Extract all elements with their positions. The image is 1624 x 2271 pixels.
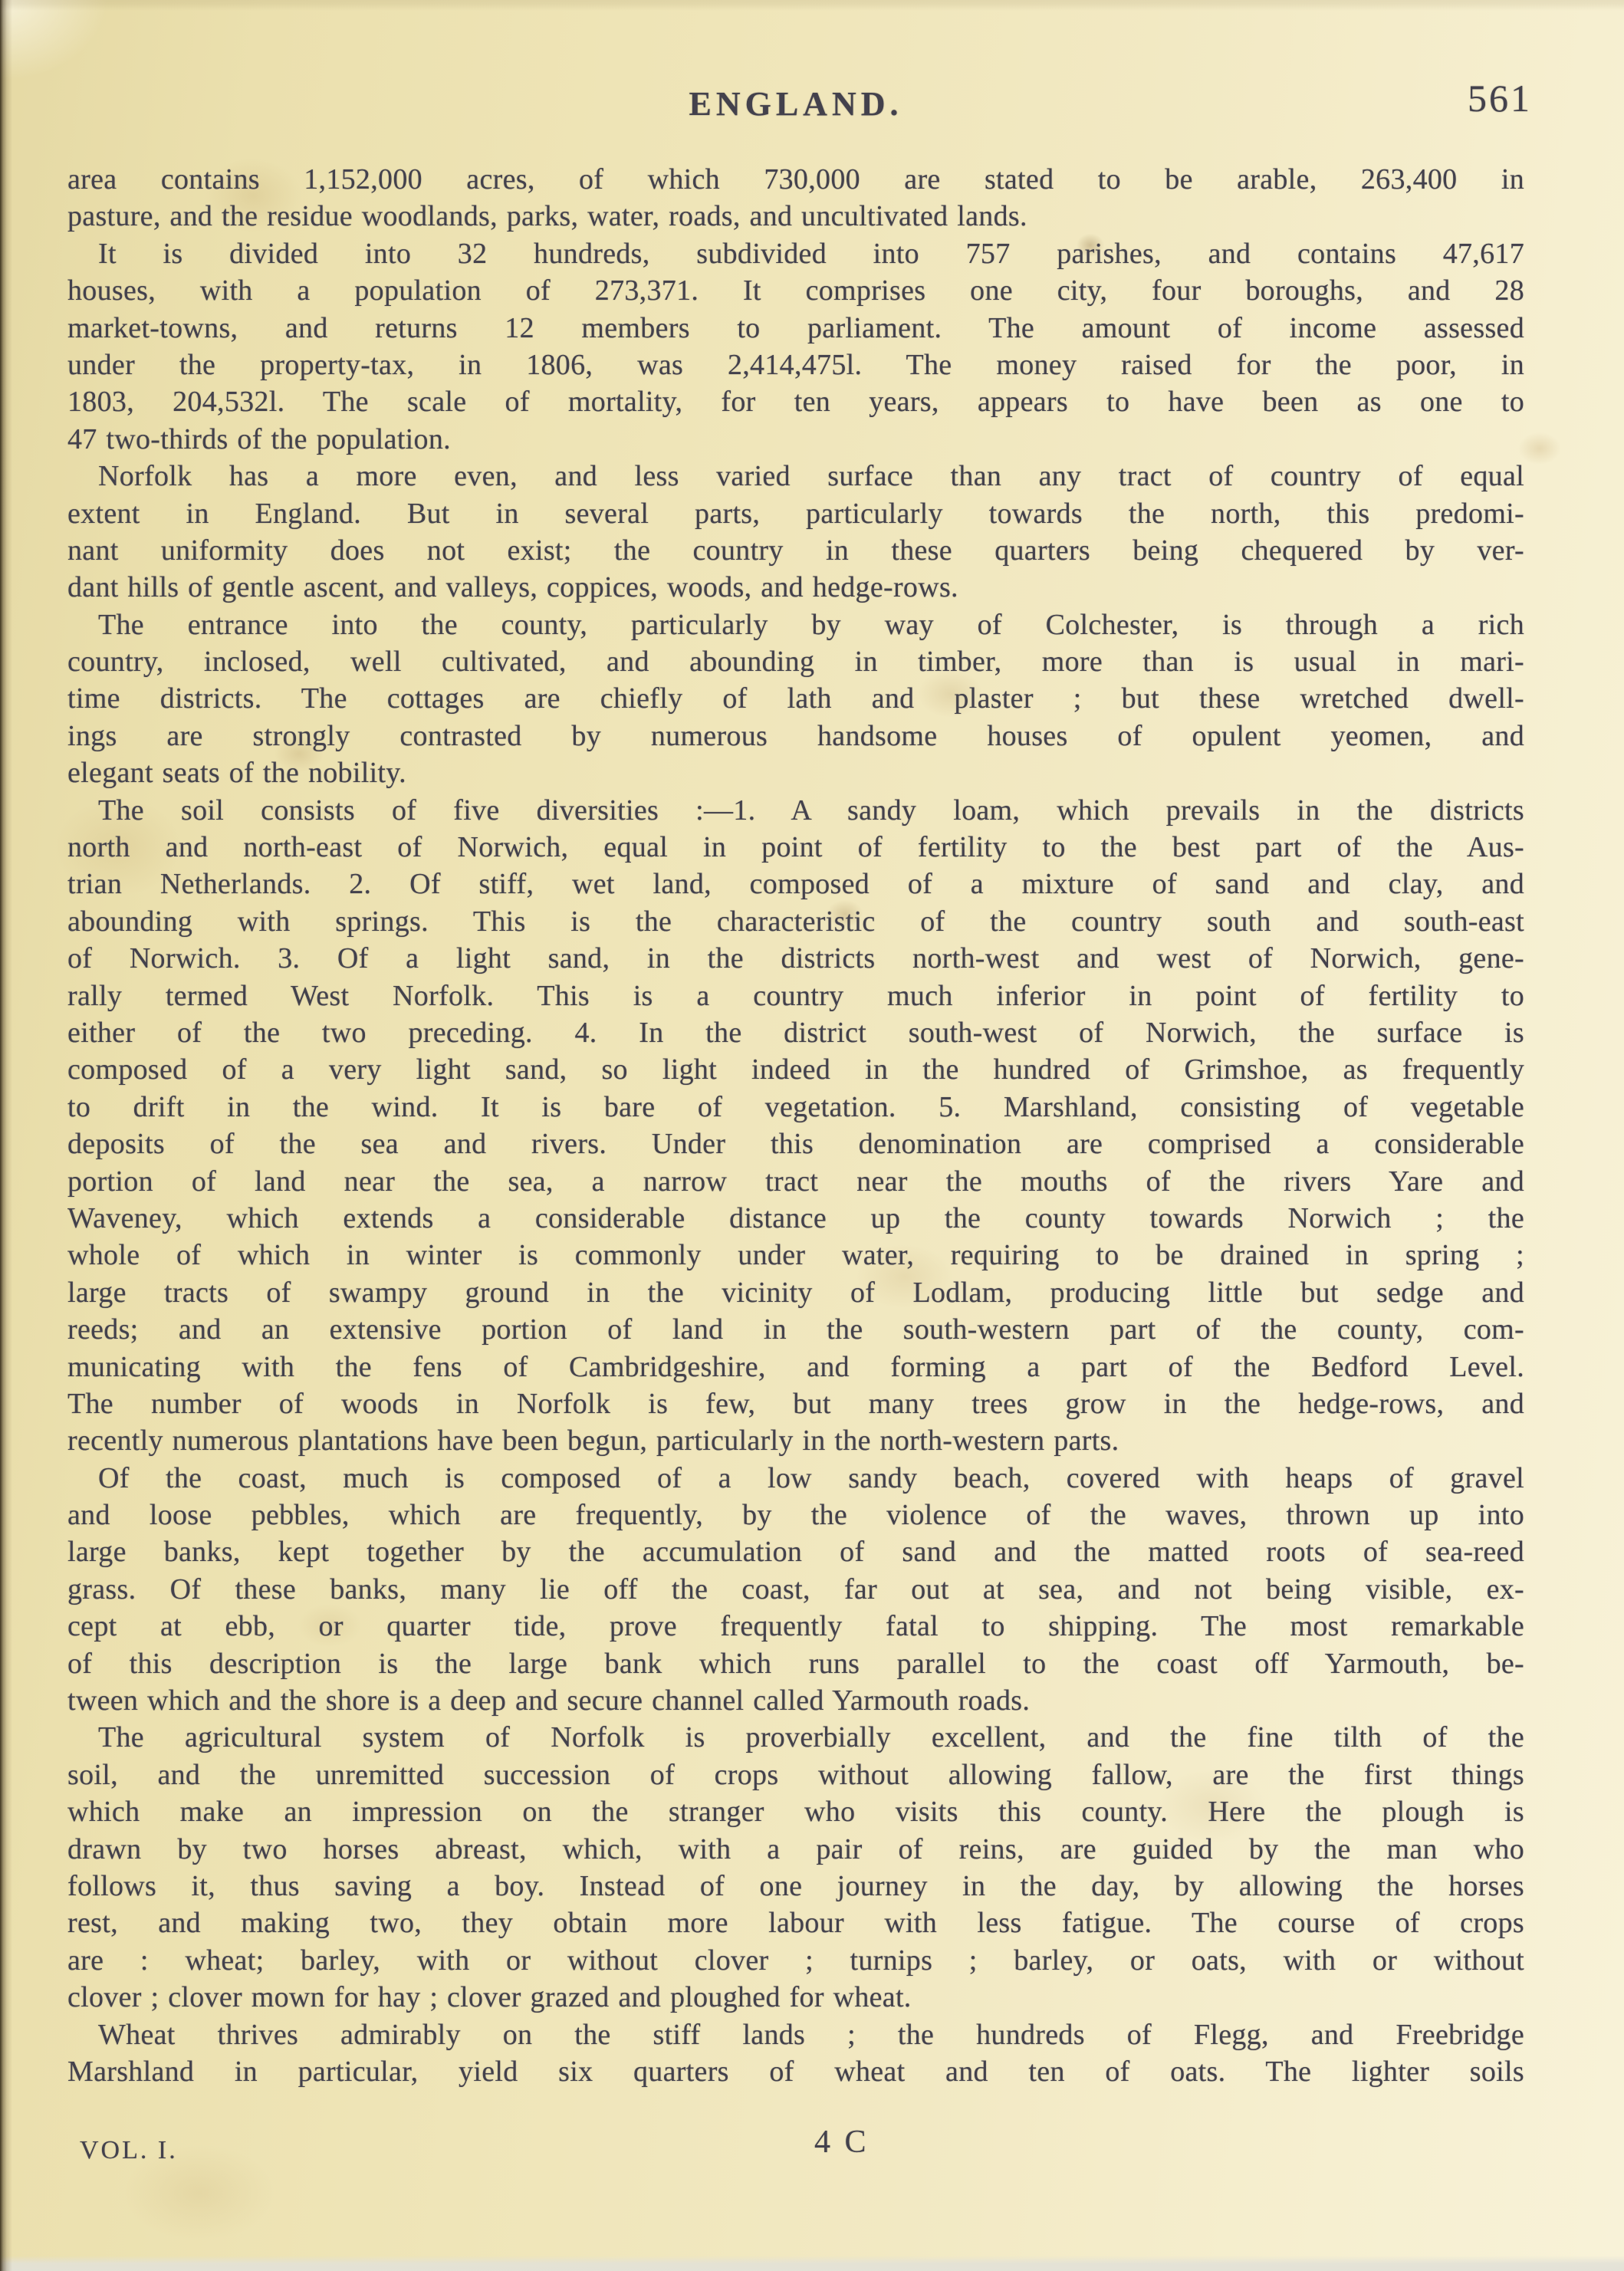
text-line: follows it, thus saving a boy. Instead o… (67, 1868, 1524, 1905)
text-line: Waveney, which extends a considerable di… (67, 1200, 1524, 1237)
text-line: to drift in the wind. It is bare of vege… (67, 1089, 1524, 1126)
text-line: The entrance into the county, particular… (67, 606, 1524, 643)
paragraph: The entrance into the county, particular… (67, 606, 1524, 792)
book-page: ENGLAND. 561 area contains 1,152,000 acr… (0, 0, 1624, 2271)
text-line: deposits of the sea and rivers. Under th… (67, 1126, 1524, 1162)
text-line: country, inclosed, well cultivated, and … (67, 643, 1524, 680)
paragraph: It is divided into 32 hundreds, subdivid… (67, 235, 1524, 458)
text-line: houses, with a population of 273,371. It… (67, 272, 1524, 309)
signature-mark: 4 C (814, 2124, 870, 2161)
text-line: ings are strongly contrasted by numerous… (67, 718, 1524, 754)
text-line: trian Netherlands. 2. Of stiff, wet land… (67, 866, 1524, 902)
paragraph: Norfolk has a more even, and less varied… (67, 458, 1524, 606)
text-line: grass. Of these banks, many lie off the … (67, 1571, 1524, 1608)
text-line: The agricultural system of Norfolk is pr… (67, 1719, 1524, 1756)
text-line: which make an impression on the stranger… (67, 1793, 1524, 1830)
text-line: pasture, and the residue woodlands, park… (67, 198, 1524, 235)
text-line: Of the coast, much is composed of a low … (67, 1460, 1524, 1497)
text-line: soil, and the unremitted succession of c… (67, 1757, 1524, 1793)
text-line: rest, and making two, they obtain more l… (67, 1905, 1524, 1941)
text-line: whole of which in winter is commonly und… (67, 1237, 1524, 1274)
text-line: Marshland in particular, yield six quart… (67, 2053, 1524, 2090)
text-line: drawn by two horses abreast, which, with… (67, 1831, 1524, 1868)
text-line: Norfolk has a more even, and less varied… (67, 458, 1524, 495)
text-line: composed of a very light sand, so light … (67, 1051, 1524, 1088)
text-line: Wheat thrives admirably on the stiff lan… (67, 2016, 1524, 2053)
text-line: of this description is the large bank wh… (67, 1645, 1524, 1682)
text-line: The number of woods in Norfolk is few, b… (67, 1385, 1524, 1422)
text-line: dant hills of gentle ascent, and valleys… (67, 569, 1524, 606)
text-line: 1803, 204,532l. The scale of mortality, … (67, 383, 1524, 420)
text-line: recently numerous plantations have been … (67, 1422, 1524, 1459)
text-line: under the property-tax, in 1806, was 2,4… (67, 347, 1524, 383)
text-line: It is divided into 32 hundreds, subdivid… (67, 235, 1524, 272)
page-number: 561 (1468, 78, 1532, 118)
text-line: The soil consists of five diversities :—… (67, 792, 1524, 829)
text-line: 47 two-thirds of the population. (67, 421, 1524, 458)
page-text: area contains 1,152,000 acres, of which … (67, 161, 1524, 2090)
text-line: portion of land near the sea, a narrow t… (67, 1163, 1524, 1200)
text-line: tween which and the shore is a deep and … (67, 1682, 1524, 1719)
text-line: north and north-east of Norwich, equal i… (67, 829, 1524, 866)
paragraph: area contains 1,152,000 acres, of which … (67, 161, 1524, 235)
text-line: market-towns, and returns 12 members to … (67, 310, 1524, 347)
text-line: large tracts of swampy ground in the vic… (67, 1274, 1524, 1311)
text-line: either of the two preceding. 4. In the d… (67, 1014, 1524, 1051)
text-line: rally termed West Norfolk. This is a cou… (67, 978, 1524, 1014)
paragraph: Wheat thrives admirably on the stiff lan… (67, 2016, 1524, 2091)
text-line: large banks, kept together by the accumu… (67, 1533, 1524, 1570)
paragraph: Of the coast, much is composed of a low … (67, 1460, 1524, 1720)
paragraph: The soil consists of five diversities :—… (67, 792, 1524, 1460)
text-line: and loose pebbles, which are frequently,… (67, 1497, 1524, 1533)
text-line: nant uniformity does not exist; the coun… (67, 532, 1524, 569)
text-line: municating with the fens of Cambridgeshi… (67, 1349, 1524, 1385)
text-line: cept at ebb, or quarter tide, prove freq… (67, 1608, 1524, 1645)
text-line: abounding with springs. This is the char… (67, 903, 1524, 940)
text-line: extent in England. But in several parts,… (67, 495, 1524, 532)
text-line: reeds; and an extensive portion of land … (67, 1311, 1524, 1348)
page-header: ENGLAND. 561 (67, 86, 1524, 132)
text-line: area contains 1,152,000 acres, of which … (67, 161, 1524, 198)
text-line: of Norwich. 3. Of a light sand, in the d… (67, 940, 1524, 977)
paragraph: The agricultural system of Norfolk is pr… (67, 1719, 1524, 2016)
volume-label: VOL. I. (80, 2136, 178, 2165)
running-title: ENGLAND. (67, 86, 1524, 123)
text-line: elegant seats of the nobility. (67, 754, 1524, 791)
text-line: time districts. The cottages are chiefly… (67, 680, 1524, 717)
text-line: clover ; clover mown for hay ; clover gr… (67, 1979, 1524, 2016)
text-line: are : wheat; barley, with or without clo… (67, 1942, 1524, 1979)
